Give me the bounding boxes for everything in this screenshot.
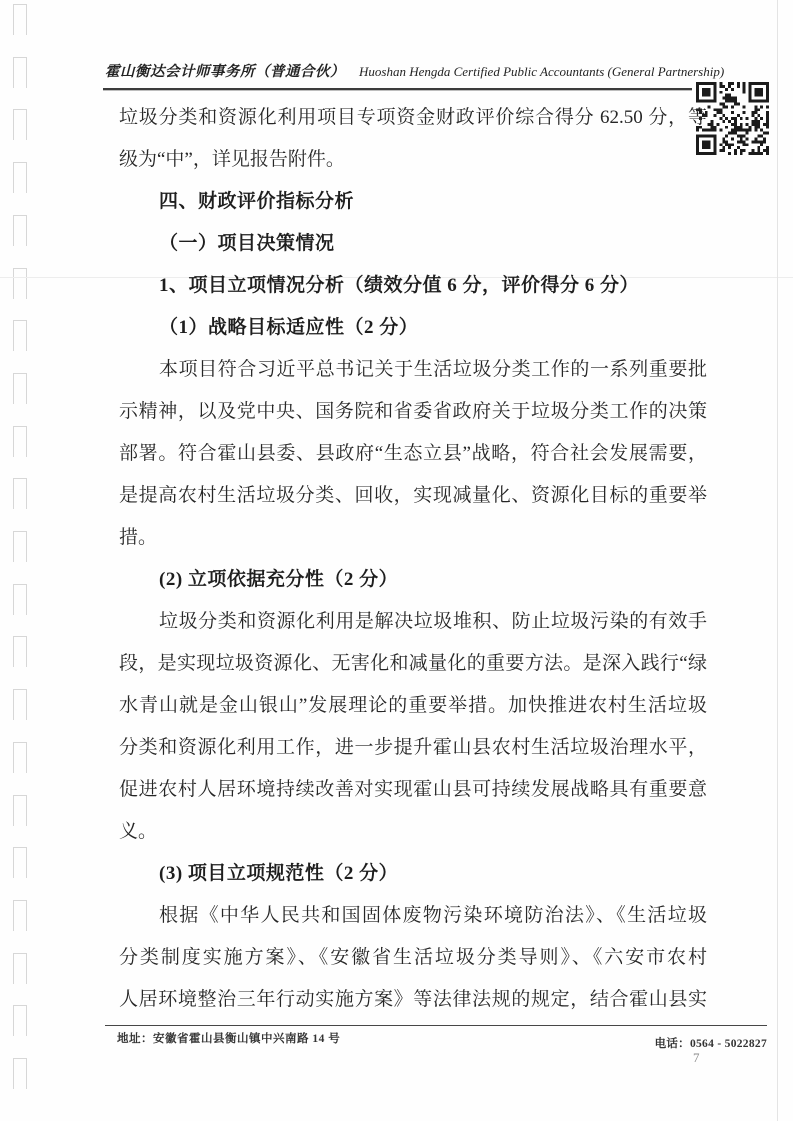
paragraph-line: 分类和资源化利用工作，进一步提升霍山县农村生活垃圾治理水平，	[119, 727, 707, 769]
punch-mark	[13, 478, 27, 509]
punch-mark	[13, 584, 27, 615]
punch-mark	[13, 689, 27, 720]
section-heading-4: 四、财政评价指标分析	[119, 181, 707, 223]
punch-mark	[13, 847, 27, 878]
punch-mark	[13, 215, 27, 246]
paragraph-line: 本项目符合习近平总书记关于生活垃圾分类工作的一系列重要批	[119, 349, 707, 391]
punch-mark	[13, 1005, 27, 1036]
punch-mark	[13, 426, 27, 457]
firm-name-cn: 霍山衡达会计师事务所（普通合伙）	[105, 64, 345, 80]
footer-phone: 电话：0564 - 5022827	[655, 1035, 767, 1051]
punch-mark	[13, 953, 27, 984]
paragraph-line: 促进农村人居环境持续改善对实现霍山县可持续发展战略具有重要意	[119, 769, 707, 811]
document-body: 垃圾分类和资源化利用项目专项资金财政评价综合得分 62.50 分，等 级为“中”…	[119, 97, 707, 1021]
punch-mark	[13, 57, 27, 88]
paragraph-line: 人居环境整治三年行动实施方案》等法律法规的规定，结合霍山县实	[119, 979, 707, 1021]
paragraph-line: 分类制度实施方案》、《安徽省生活垃圾分类导则》、《六安市农村	[119, 937, 707, 979]
item-heading-1: 1、项目立项情况分析（绩效分值 6 分，评价得分 6 分）	[119, 265, 707, 307]
subsection-heading-1: （一）项目决策情况	[119, 223, 707, 265]
punch-mark	[13, 636, 27, 667]
scanned-report-page: 霍山衡达会计师事务所（普通合伙）Huoshan Hengda Certified…	[0, 0, 793, 1121]
paragraph-line: 示精神，以及党中央、国务院和省委省政府关于垃圾分类工作的决策	[119, 391, 707, 433]
header-rule	[103, 88, 692, 91]
firm-name-en: Huoshan Hengda Certified Public Accounta…	[359, 64, 724, 79]
paragraph-line: 根据《中华人民共和国固体废物污染环境防治法》、《生活垃圾	[119, 895, 707, 937]
page-header: 霍山衡达会计师事务所（普通合伙）Huoshan Hengda Certified…	[105, 60, 705, 81]
point-heading-3: (3) 项目立项规范性（2 分）	[119, 853, 707, 895]
footer-rule	[105, 1025, 767, 1026]
punch-mark	[13, 1058, 27, 1089]
punch-mark	[13, 373, 27, 404]
point-heading-2: (2) 立项依据充分性（2 分）	[119, 559, 707, 601]
punch-mark	[13, 4, 27, 35]
paragraph-line: 义。	[119, 811, 707, 853]
footer-address: 地址：安徽省霍山县衡山镇中兴南路 14 号	[117, 1030, 340, 1046]
paragraph-line: 级为“中”，详见报告附件。	[119, 139, 707, 181]
page-number: 7	[693, 1050, 700, 1066]
paragraph-line: 垃圾分类和资源化利用项目专项资金财政评价综合得分 62.50 分，等	[119, 97, 707, 139]
paragraph-line: 水青山就是金山银山”发展理论的重要举措。加快推进农村生活垃圾	[119, 685, 707, 727]
punch-mark	[13, 109, 27, 140]
punch-mark	[13, 320, 27, 351]
punch-mark	[13, 531, 27, 562]
paragraph-line: 是提高农村生活垃圾分类、回收，实现减量化、资源化目标的重要举	[119, 475, 707, 517]
punch-mark	[13, 162, 27, 193]
paragraph-line: 垃圾分类和资源化利用是解决垃圾堆积、防止垃圾污染的有效手	[119, 601, 707, 643]
paper-edge-line	[777, 0, 778, 1121]
punch-mark	[13, 795, 27, 826]
point-heading-1: （1）战略目标适应性（2 分）	[119, 307, 707, 349]
punch-mark	[13, 742, 27, 773]
punch-mark	[13, 268, 27, 299]
paragraph-line: 部署。符合霍山县委、县政府“生态立县”战略，符合社会发展需要，	[119, 433, 707, 475]
paragraph-line: 措。	[119, 517, 707, 559]
page-footer: 地址：安徽省霍山县衡山镇中兴南路 14 号 电话：0564 - 5022827	[117, 1030, 767, 1051]
punch-mark	[13, 900, 27, 931]
paragraph-line: 段，是实现垃圾资源化、无害化和减量化的重要方法。是深入践行“绿	[119, 643, 707, 685]
